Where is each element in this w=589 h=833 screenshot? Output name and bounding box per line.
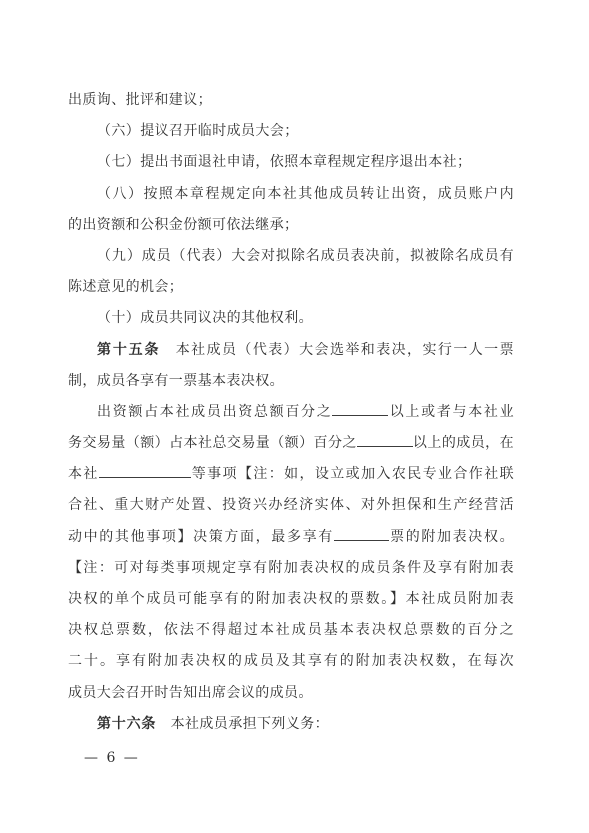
text-segment: 票的附加表决权。 [389,529,514,545]
text-segment: 以上的成员，在 [413,435,514,451]
text-segment: （八）按照本章程规定向本社其他成员转让出资，成员账户内 [97,186,514,202]
text-segment: 合社、重大财产处置、投资兴办经济实体、对外担保和生产经营活 [68,497,514,513]
text-segment: 【注：可对每类事项规定享有附加表决权的成员条件及享有附加表 [68,560,514,576]
text-line: （十）成员共同议决的其他权利。 [68,303,514,334]
fill-in-blank [334,529,389,541]
text-line: 制，成员各享有一票基本表决权。 [68,366,514,397]
text-segment: 的出资额和公积金份额可依法继承； [68,217,298,233]
text-line: 第十五条 本社成员（代表）大会选举和表决，实行一人一票 [68,335,514,366]
article-number: 第十六条 [97,716,156,732]
document-body: 出质询、批评和建议；（六）提议召开临时成员大会；（七）提出书面退社申请，依照本章… [68,85,514,740]
text-line: 决权总票数，依法不得超过本社成员基本表决权总票数的百分之 [68,615,514,646]
text-line: 出质询、批评和建议； [68,85,514,116]
text-line: 【注：可对每类事项规定享有附加表决权的成员条件及享有附加表 [68,553,514,584]
text-segment: 二十。享有附加表决权的成员及其享有的附加表决权数，在每次 [68,653,514,669]
text-segment: （七）提出书面退社申请，依照本章程规定程序退出本社； [97,154,471,170]
text-line: （八）按照本章程规定向本社其他成员转让出资，成员账户内 [68,179,514,210]
text-segment: 务交易量（额）占本社总交易量（额）百分之 [68,435,357,451]
text-line: 务交易量（额）占本社总交易量（额）百分之以上的成员，在 [68,428,514,459]
text-line: （九）成员（代表）大会对拟除名成员表决前，拟被除名成员有 [68,241,514,272]
fill-in-blank [332,404,388,416]
text-segment: 出质询、批评和建议； [68,92,212,108]
text-segment: 决权总票数，依法不得超过本社成员基本表决权总票数的百分之 [68,622,514,638]
text-segment: （六）提议召开临时成员大会； [97,123,299,139]
text-segment: 本社成员承担下列义务： [156,716,329,732]
document-page: 出质询、批评和建议；（六）提议召开临时成员大会；（七）提出书面退社申请，依照本章… [0,0,589,833]
text-segment: 成员大会召开时告知出席会议的成员。 [68,685,313,701]
text-segment: 出资额占本社成员出资总额百分之 [97,404,332,420]
text-segment: 以上或者与本社业 [388,404,514,420]
text-line: 出资额占本社成员出资总额百分之以上或者与本社业 [68,397,514,428]
text-segment: 本社 [68,466,99,482]
text-segment: 等事项【注：如，设立或加入农民专业合作社联 [191,466,514,482]
text-line: 本社等事项【注：如，设立或加入农民专业合作社联 [68,459,514,490]
text-line: 陈述意见的机会； [68,272,514,303]
text-segment: （九）成员（代表）大会对拟除名成员表决前，拟被除名成员有 [97,248,514,264]
page-number: — 6 — [84,744,140,772]
text-line: 决权的单个成员可能享有的附加表决权的票数。】本社成员附加表 [68,584,514,615]
text-segment: 陈述意见的机会； [68,279,183,295]
fill-in-blank [99,466,191,478]
text-segment: （十）成员共同议决的其他权利。 [97,310,313,326]
text-line: 二十。享有附加表决权的成员及其享有的附加表决权数，在每次 [68,646,514,677]
article-number: 第十五条 [97,342,160,358]
text-line: （七）提出书面退社申请，依照本章程规定程序退出本社； [68,147,514,178]
text-line: （六）提议召开临时成员大会； [68,116,514,147]
text-segment: 制，成员各享有一票基本表决权。 [68,373,284,389]
text-line: 的出资额和公积金份额可依法继承； [68,210,514,241]
text-line: 第十六条 本社成员承担下列义务： [68,709,514,740]
text-segment: 动中的其他事项】决策方面，最多享有 [68,529,334,545]
text-line: 动中的其他事项】决策方面，最多享有票的附加表决权。 [68,522,514,553]
fill-in-blank [357,435,413,447]
text-line: 合社、重大财产处置、投资兴办经济实体、对外担保和生产经营活 [68,490,514,521]
text-segment: 决权的单个成员可能享有的附加表决权的票数。】本社成员附加表 [68,591,514,607]
text-segment: 本社成员（代表）大会选举和表决，实行一人一票 [160,342,514,358]
text-line: 成员大会召开时告知出席会议的成员。 [68,678,514,709]
